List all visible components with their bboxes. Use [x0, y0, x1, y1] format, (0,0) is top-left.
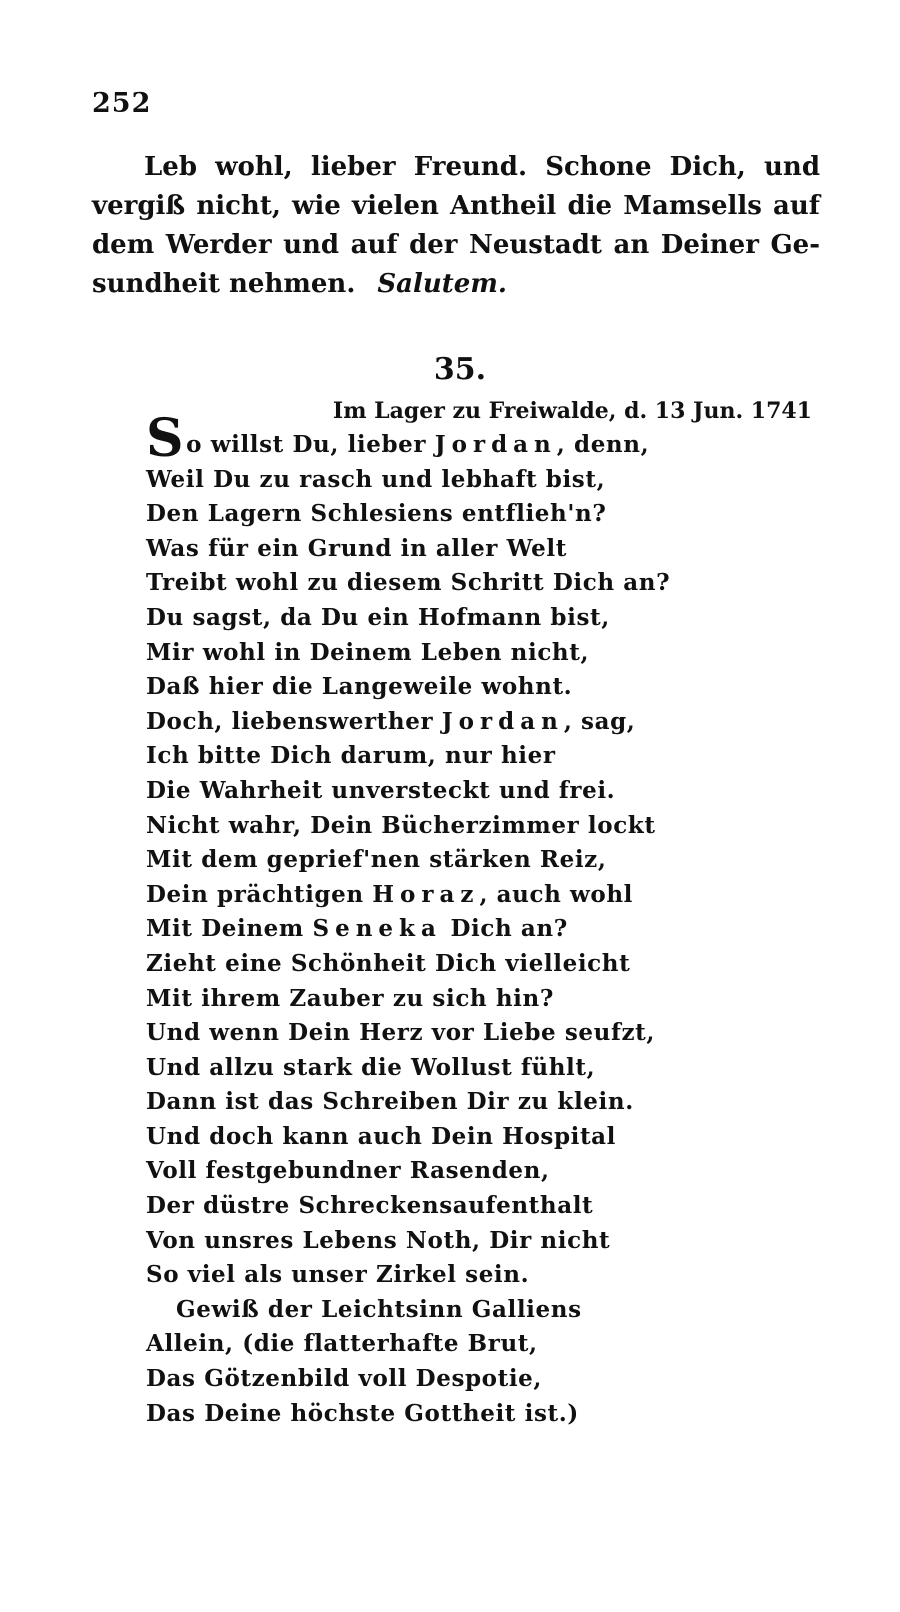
verse: Voll festgebundner Rasenden, [146, 1154, 746, 1189]
prose-line-last: sundheit nehmen.Salutem. [92, 265, 820, 304]
verse: Mit dem geprief'nen stärken Reiz, [146, 843, 746, 878]
prose-line: Leb wohl, lieber Freund. Schone Dich, un… [92, 148, 820, 187]
page-number: 252 [92, 88, 151, 119]
verse-text: , denn, [557, 431, 649, 458]
verse-text: , auch wohl [479, 881, 633, 908]
verse: Treibt wohl zu diesem Schritt Dich an? [146, 566, 746, 601]
prose-line: vergiß nicht, wie vielen Antheil die Mam… [92, 187, 820, 226]
dateline: Im Lager zu Freiwalde, d. 13 Jun. 1741 [333, 398, 812, 424]
verse: Das Deine höchste Gottheit ist.) [146, 1397, 746, 1432]
verse-text: , sag, [564, 708, 636, 735]
salutem-closing: Salutem. [377, 269, 507, 299]
letter-number: 35. [0, 352, 900, 387]
name-jordan: Jordan [435, 431, 557, 458]
verse: Mir wohl in Deinem Leben nicht, [146, 636, 746, 671]
verse: Zieht eine Schönheit Dich vielleicht [146, 947, 746, 982]
verse-stanza-start: Gewiß der Leichtsinn Galliens [146, 1293, 746, 1328]
name-seneka: Seneka [312, 915, 441, 942]
poem: So willst Du, lieber Jordan, denn, Weil … [146, 424, 746, 1431]
verse-text: Doch, liebenswerther [146, 708, 442, 735]
verse: Den Lagern Schlesiens entflieh'n? [146, 497, 746, 532]
verse: Das Götzenbild voll Despotie, [146, 1362, 746, 1397]
verse-jordan: Doch, liebenswerther Jordan, sag, [146, 705, 746, 740]
verse: Der düstre Schreckensaufenthalt [146, 1189, 746, 1224]
verse: Du sagst, da Du ein Hofmann bist, [146, 601, 746, 636]
verse: Ich bitte Dich darum, nur hier [146, 739, 746, 774]
verse-text: Dein prächtigen [146, 881, 372, 908]
prose-line: dem Werder und auf der Neustadt an Deine… [92, 226, 820, 265]
verse: Mit ihrem Zauber zu sich hin? [146, 982, 746, 1017]
verse-first: So willst Du, lieber Jordan, denn, [146, 424, 746, 463]
verse: Dann ist das Schreiben Dir zu klein. [146, 1085, 746, 1120]
verse: Und wenn Dein Herz vor Liebe seufzt, [146, 1016, 746, 1051]
verse: Und allzu stark die Wollust fühlt, [146, 1051, 746, 1086]
verse: Allein, (die flatterhafte Brut, [146, 1327, 746, 1362]
name-jordan: Jordan [442, 708, 564, 735]
verse: Von unsres Lebens Noth, Dir nicht [146, 1224, 746, 1259]
verse-horaz: Dein prächtigen Horaz, auch wohl [146, 878, 746, 913]
verse-text: Mit Deinem [146, 915, 312, 942]
verse: Nicht wahr, Dein Bücherzimmer lockt [146, 809, 746, 844]
name-horaz: Horaz [372, 881, 479, 908]
verse-text: Dich an? [442, 915, 568, 942]
verse-text: o willst Du, lieber [186, 431, 435, 458]
prose-line-text: sundheit nehmen. [92, 269, 355, 299]
verse: Weil Du zu rasch und lebhaft bist, [146, 463, 746, 498]
prose-paragraph: Leb wohl, lieber Freund. Schone Dich, un… [92, 148, 820, 304]
verse-seneka: Mit Deinem Seneka Dich an? [146, 912, 746, 947]
verse: Daß hier die Langeweile wohnt. [146, 670, 746, 705]
verse: Die Wahrheit unversteckt und frei. [146, 774, 746, 809]
verse: Was für ein Grund in aller Welt [146, 532, 746, 567]
verse: So viel als unser Zirkel sein. [146, 1258, 746, 1293]
verse: Und doch kann auch Dein Hospital [146, 1120, 746, 1155]
drop-cap: S [146, 408, 184, 469]
